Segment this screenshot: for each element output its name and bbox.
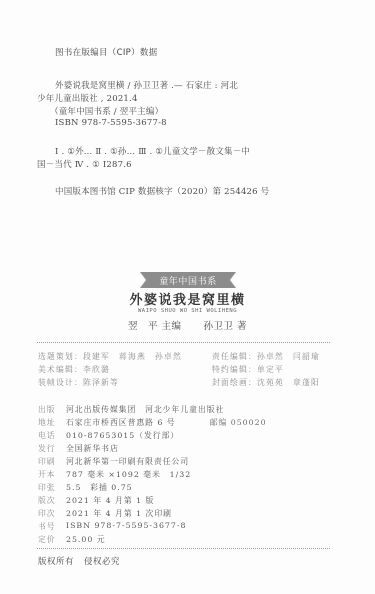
editor-contributing: 特约编辑：单定平	[212, 364, 284, 375]
editor-design: 装帧设计：陈泽新等	[38, 377, 119, 388]
pub-row-address: 地址 石家庄市桥西区普惠路 6 号 邮编 050020	[38, 417, 267, 428]
pub-row-isbn: 书号 ISBN 978-7-5595-3677-8	[38, 521, 186, 532]
pub-row-distribution: 发行 全国新华书店	[38, 443, 119, 454]
pub-value: 全国新华书店	[66, 443, 119, 454]
pub-row-edition: 版次 2021 年 4 月第 1 版	[38, 495, 154, 506]
cip-classification: Ⅰ . ①外… Ⅱ . ①孙… Ⅲ . ①儿童文学－散文集－中	[55, 145, 250, 157]
pub-value: 2021 年 4 月第 1 版	[66, 495, 154, 506]
book-credits: 翌 平 主编孙卫卫 著	[0, 318, 375, 332]
pub-key: 定价	[38, 534, 66, 545]
pub-key: 书号	[38, 521, 66, 532]
copyright-page: 图书在版编目（CIP）数据 外婆说我是窝里横 / 孙卫卫著 .— 石家庄 : 河…	[0, 0, 375, 594]
cip-isbn: ISBN 978-7-5595-3677-8	[55, 118, 167, 128]
editor-cover-art: 封面绘画：沈苑苑 章蓬阳	[212, 377, 320, 388]
cip-line: （童年中国书系 / 翌平主编）	[50, 105, 163, 117]
pub-key: 开本	[38, 469, 66, 480]
cip-classification: 国－当代 Ⅳ . ① I287.6	[37, 158, 132, 170]
cip-line: 外婆说我是窝里横 / 孙卫卫著 .— 石家庄 : 河北	[55, 79, 238, 91]
pub-row-phone: 电话 010-87653015（发行部）	[38, 430, 179, 441]
pub-key: 版次	[38, 495, 66, 506]
pub-value: 河北出版传媒集团 河北少年儿童出版社	[66, 404, 224, 415]
author: 孙卫卫 著	[204, 321, 248, 332]
pub-value: 5.5 彩插 0.75	[66, 482, 133, 493]
dotted-divider	[37, 548, 330, 549]
editor-responsible: 责任编辑：孙卓然 闫韶瑜	[212, 351, 320, 362]
cip-line: 少年儿童出版社 , 2021.4	[37, 92, 138, 104]
pub-key: 电话	[38, 430, 66, 441]
book-title: 外婆说我是窝里横	[0, 289, 375, 308]
cip-record-number: 中国版本图书馆 CIP 数据核字（2020）第 254426 号	[55, 185, 269, 197]
pub-value: 25.00 元	[66, 534, 106, 545]
rights-notice: 版权所有侵权必究	[38, 555, 120, 567]
pub-value: ISBN 978-7-5595-3677-8	[66, 521, 186, 532]
rights-reserved: 版权所有	[38, 557, 74, 567]
pub-row-printing: 印次 2021 年 4 月第 1 次印刷	[38, 508, 172, 519]
pub-value: 石家庄市桥西区普惠路 6 号	[66, 417, 176, 428]
pub-row-sheets: 印张 5.5 彩插 0.75	[38, 482, 133, 493]
infringement-notice: 侵权必究	[84, 557, 120, 567]
pub-row-printer: 印刷 河北新华第一印刷有限责任公司	[38, 456, 189, 467]
pub-value: 2021 年 4 月第 1 次印刷	[66, 508, 172, 519]
editor-planning: 选题策划：段建军 蒋海燕 孙卓然	[38, 351, 182, 362]
series-editor: 翌 平 主编	[128, 321, 182, 332]
book-title-pinyin: WAIPO SHUO WO SHI WOLIHENG	[0, 308, 375, 314]
pub-key: 出版	[38, 404, 66, 415]
pub-key: 印刷	[38, 456, 66, 467]
dotted-divider	[37, 342, 330, 343]
pub-postcode: 邮编 050020	[210, 417, 267, 428]
pub-value: 787 毫米 ×1092 毫米 1/32	[66, 469, 191, 480]
editor-art: 美术编辑：李欣潞	[38, 364, 110, 375]
pub-row-price: 定价 25.00 元	[38, 534, 106, 545]
pub-key: 发行	[38, 443, 66, 454]
pub-value: 河北新华第一印刷有限责任公司	[66, 456, 189, 467]
series-name: 童年中国书系	[159, 274, 217, 287]
pub-key: 印张	[38, 482, 66, 493]
series-banner: 童年中国书系	[140, 272, 236, 288]
cip-heading: 图书在版编目（CIP）数据	[55, 46, 157, 58]
pub-row-publisher: 出版 河北出版传媒集团 河北少年儿童出版社	[38, 404, 224, 415]
pub-key: 印次	[38, 508, 66, 519]
pub-value: 010-87653015（发行部）	[66, 430, 179, 441]
pub-key: 地址	[38, 417, 66, 428]
pub-row-format: 开本 787 毫米 ×1092 毫米 1/32	[38, 469, 191, 480]
